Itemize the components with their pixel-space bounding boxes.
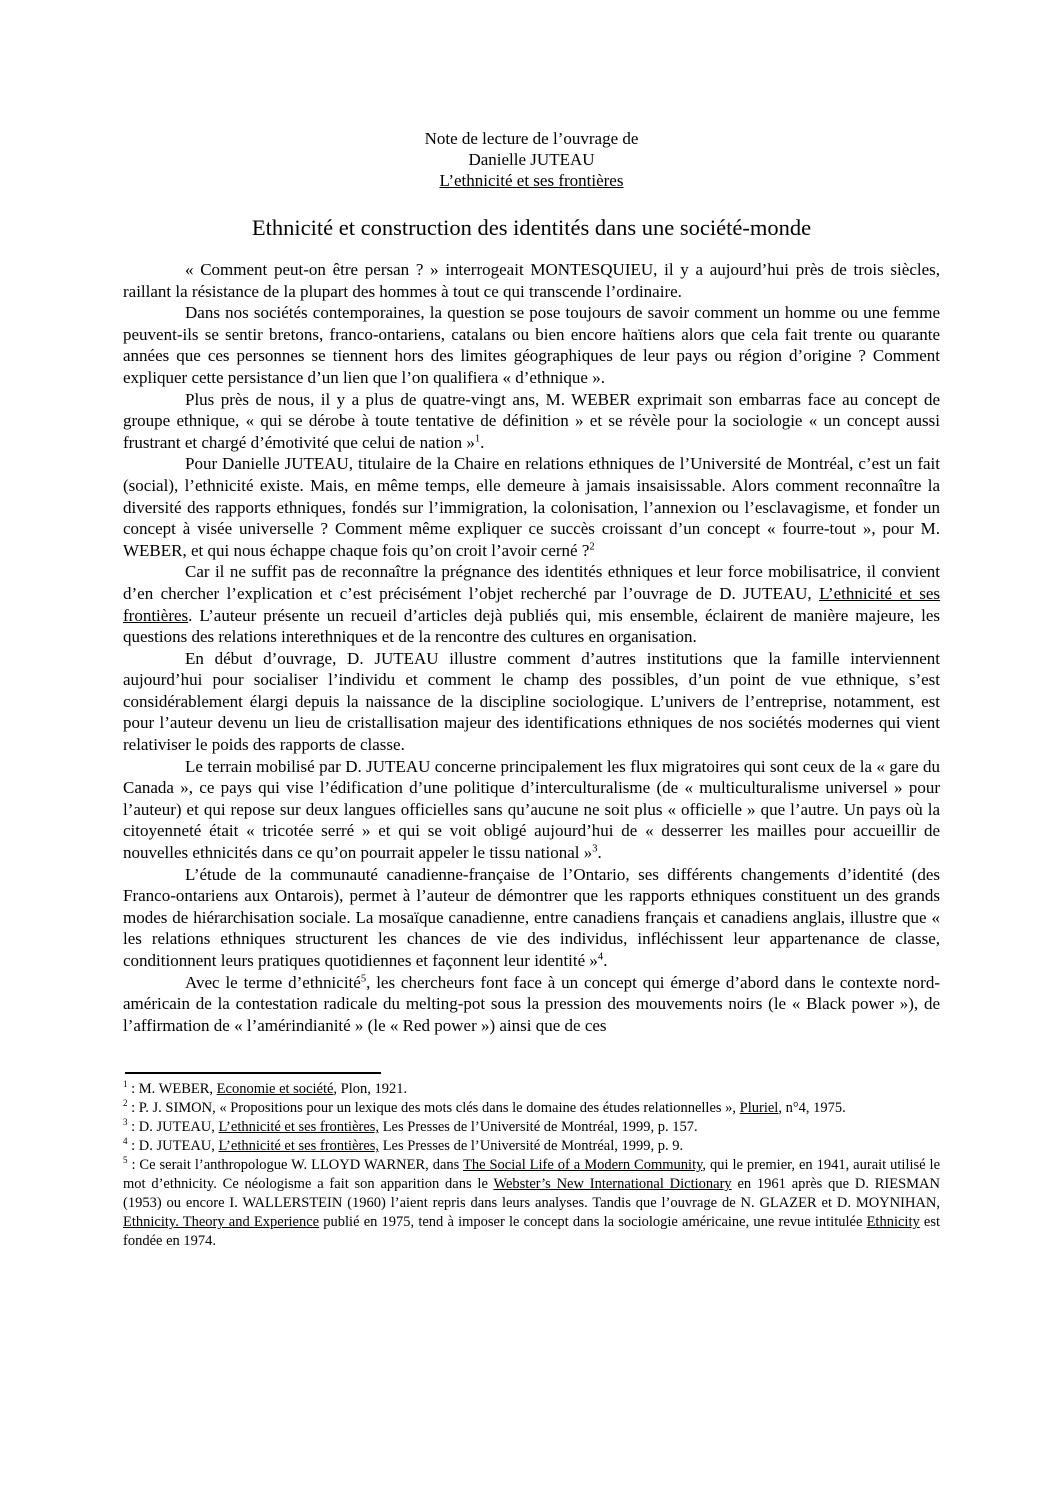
document-header: Note de lecture de l’ouvrage de Danielle… bbox=[123, 128, 940, 191]
paragraph: Plus près de nous, il y a plus de quatre… bbox=[123, 389, 940, 454]
text-run: Les Presses de l’Université de Montréal,… bbox=[379, 1119, 698, 1135]
footnote: 5 : Ce serait l’anthropologue W. LLOYD W… bbox=[123, 1156, 940, 1251]
text-run: Le terrain mobilisé par D. JUTEAU concer… bbox=[123, 757, 940, 862]
text-run: : M. WEBER, bbox=[128, 1081, 217, 1097]
footnote: 2 : P. J. SIMON, « Propositions pour un … bbox=[123, 1099, 940, 1118]
body-text: « Comment peut-on être persan ? » interr… bbox=[123, 259, 940, 1036]
underlined-text: Webster’s New International Dictionary bbox=[493, 1176, 731, 1192]
text-run: . bbox=[603, 951, 607, 970]
text-run: Plus près de nous, il y a plus de quatre… bbox=[123, 390, 940, 452]
text-run: publié en 1975, tend à imposer le concep… bbox=[319, 1214, 866, 1230]
text-run: . bbox=[598, 843, 602, 862]
paragraph: Dans nos sociétés contemporaines, la que… bbox=[123, 302, 940, 388]
text-run: : Ce serait l’anthropologue W. LLOYD WAR… bbox=[128, 1157, 463, 1173]
footnote-separator bbox=[125, 1072, 381, 1074]
footnote: 4 : D. JUTEAU, L’ethnicité et ses fronti… bbox=[123, 1137, 940, 1156]
underlined-text: The Social Life of a Modern Community bbox=[463, 1157, 702, 1173]
text-run: Pour Danielle JUTEAU, titulaire de la Ch… bbox=[123, 454, 940, 559]
footnote: 3 : D. JUTEAU, L’ethnicité et ses fronti… bbox=[123, 1118, 940, 1137]
paragraph: Avec le terme d’ethnicité5, les chercheu… bbox=[123, 972, 940, 1037]
document-page: Note de lecture de l’ouvrage de Danielle… bbox=[0, 0, 1058, 1497]
paragraph: Pour Danielle JUTEAU, titulaire de la Ch… bbox=[123, 453, 940, 561]
underlined-text: Pluriel bbox=[740, 1100, 779, 1116]
underlined-text: Ethnicity. Theory and Experience bbox=[123, 1214, 319, 1230]
text-run: : P. J. SIMON, « Propositions pour un le… bbox=[128, 1100, 740, 1116]
footnote: 1 : M. WEBER, Economie et société, Plon,… bbox=[123, 1080, 940, 1099]
paragraph: L’étude de la communauté canadienne-fran… bbox=[123, 864, 940, 972]
text-run: Les Presses de l’Université de Montréal,… bbox=[379, 1138, 683, 1154]
text-run: , Plon, 1921. bbox=[333, 1081, 407, 1097]
page-title: Ethnicité et construction des identités … bbox=[123, 214, 940, 242]
paragraph: Car il ne suffit pas de reconnaître la p… bbox=[123, 561, 940, 647]
underlined-text: L’ethnicité et ses frontières, bbox=[219, 1138, 380, 1154]
text-run: « Comment peut-on être persan ? » interr… bbox=[123, 260, 940, 301]
underlined-text: L’ethnicité et ses frontières, bbox=[219, 1119, 380, 1135]
text-run: Avec le terme d’ethnicité bbox=[185, 973, 361, 992]
paragraph: En début d’ouvrage, D. JUTEAU illustre c… bbox=[123, 648, 940, 756]
underlined-text: Economie et société bbox=[217, 1081, 334, 1097]
header-line-1: Note de lecture de l’ouvrage de bbox=[123, 128, 940, 149]
text-run: L’étude de la communauté canadienne-fran… bbox=[123, 865, 940, 970]
paragraph: Le terrain mobilisé par D. JUTEAU concer… bbox=[123, 756, 940, 864]
header-line-2-author: Danielle JUTEAU bbox=[123, 149, 940, 170]
text-run: . bbox=[480, 433, 484, 452]
underlined-text: Ethnicity bbox=[867, 1214, 920, 1230]
text-run: Dans nos sociétés contemporaines, la que… bbox=[123, 303, 940, 387]
header-line-3-book-title: L’ethnicité et ses frontières bbox=[123, 170, 940, 191]
text-run: . L’auteur présente un recueil d’article… bbox=[123, 606, 940, 647]
text-run: : D. JUTEAU, bbox=[128, 1119, 219, 1135]
footnotes-section: 1 : M. WEBER, Economie et société, Plon,… bbox=[123, 1080, 940, 1251]
text-run: , n°4, 1975. bbox=[778, 1100, 845, 1116]
footnote-reference: 2 bbox=[589, 541, 594, 552]
paragraph: « Comment peut-on être persan ? » interr… bbox=[123, 259, 940, 302]
text-run: : D. JUTEAU, bbox=[128, 1138, 219, 1154]
text-run: Car il ne suffit pas de reconnaître la p… bbox=[123, 562, 940, 603]
text-run: En début d’ouvrage, D. JUTEAU illustre c… bbox=[123, 649, 940, 754]
